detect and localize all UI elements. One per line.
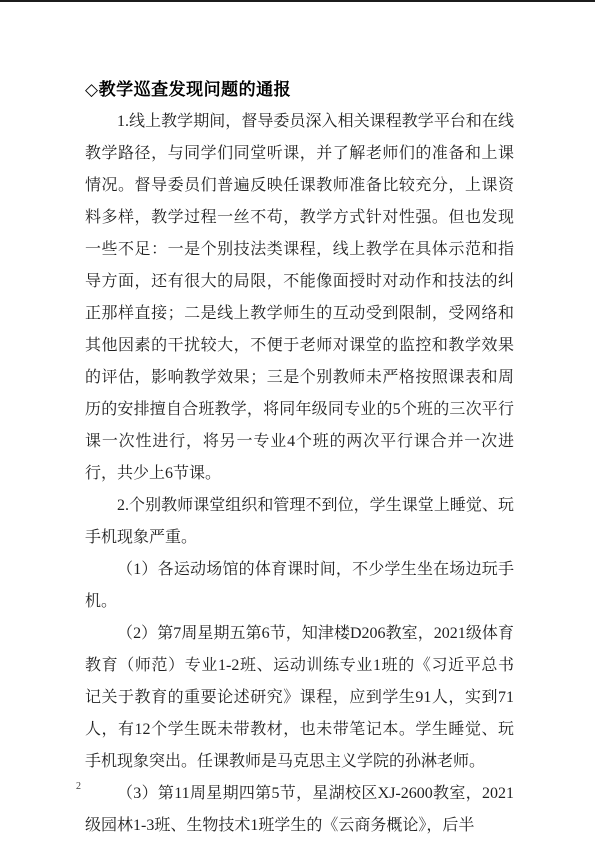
document-page: ◇教学巡查发现问题的通报 1.线上教学期间，督导委员深入相关课程教学平台和在线教… bbox=[0, 0, 595, 841]
paragraph-online-teaching-overview: 1.线上教学期间，督导委员深入相关课程教学平台和在线教学路径，与同学们同堂听课，… bbox=[85, 106, 514, 490]
list-item-week7-class-report: （2）第7周星期五第6节，知津楼D206教室，2021级体育教育（师范）专业1-… bbox=[85, 618, 514, 778]
document-content: ◇教学巡查发现问题的通报 1.线上教学期间，督导委员深入相关课程教学平台和在线教… bbox=[85, 74, 514, 841]
list-item-week11-class-report: （3）第11周星期四第5节，星湖校区XJ-2600教室，2021级园林1-3班、… bbox=[85, 778, 514, 841]
list-item-sports-venues: （1）各运动场馆的体育课时间，不少学生坐在场边玩手机。 bbox=[85, 554, 514, 618]
paragraph-classroom-management-issue: 2.个别教师课堂组织和管理不到位，学生课堂上睡觉、玩手机现象严重。 bbox=[85, 490, 514, 554]
page-number: 2 bbox=[76, 781, 81, 792]
page-top-edge-line bbox=[0, 0, 595, 2]
document-heading: ◇教学巡查发现问题的通报 bbox=[85, 74, 514, 106]
